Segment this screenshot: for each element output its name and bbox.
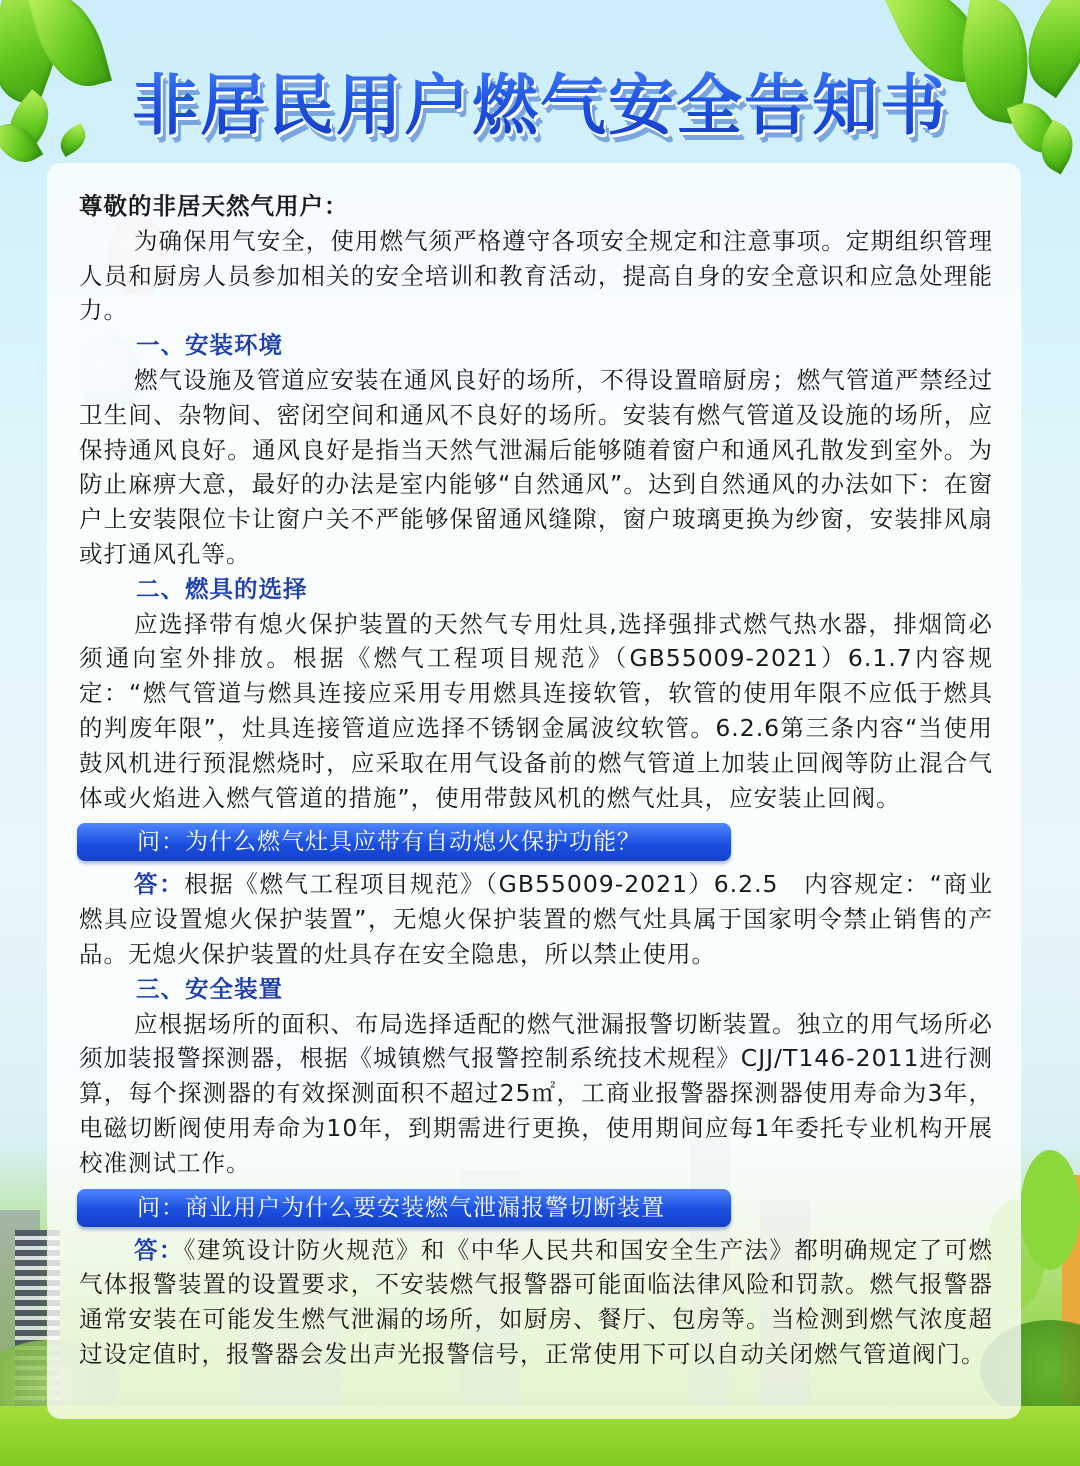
answer-flameout: 答：根据《燃气工程项目规范》（GB55009-2021）6.2.5 内容规定：“… [79, 867, 993, 971]
section-body-safety-device: 应根据场所的面积、布局选择适配的燃气泄漏报警切断装置。独立的用气场所必须加装报警… [79, 1007, 993, 1181]
answer-label: 答： [134, 1236, 184, 1264]
intro-paragraph: 为确保用气安全，使用燃气须严格遵守各项安全规定和注意事项。定期组织管理人员和厨房… [79, 224, 993, 328]
section-heading-appliance: 二、燃具的选择 [79, 572, 993, 607]
page-title: 非居民用户燃气安全告知书 [0, 52, 1080, 147]
section-heading-installation: 一、安装环境 [79, 328, 993, 363]
greeting: 尊敬的非居天然气用户： [79, 189, 993, 224]
question-banner-alarm: 问：商业用户为什么要安装燃气泄漏报警切断装置 [77, 1189, 731, 1227]
answer-text: 《建筑设计防火规范》和《中华人民共和国安全生产法》都明确规定了可燃气体报警装置的… [79, 1236, 993, 1368]
section-body-appliance: 应选择带有熄火保护装置的天然气专用灶具,选择强排式燃气热水器，排烟筒必须通向室外… [79, 607, 993, 816]
notice-body: 尊敬的非居天然气用户： 为确保用气安全，使用燃气须严格遵守各项安全规定和注意事项… [79, 189, 993, 1372]
question-banner-flameout: 问：为什么燃气灶具应带有自动熄火保护功能？ [77, 823, 731, 861]
section-body-installation: 燃气设施及管道应安装在通风良好的场所，不得设置暗厨房；燃气管道严禁经过卫生间、杂… [79, 363, 993, 572]
answer-label: 答： [134, 870, 184, 898]
answer-text: 根据《燃气工程项目规范》（GB55009-2021）6.2.5 内容规定：“商业… [79, 870, 993, 968]
answer-alarm: 答：《建筑设计防火规范》和《中华人民共和国安全生产法》都明确规定了可燃气体报警装… [79, 1233, 993, 1372]
section-heading-safety-device: 三、安全装置 [79, 972, 993, 1007]
